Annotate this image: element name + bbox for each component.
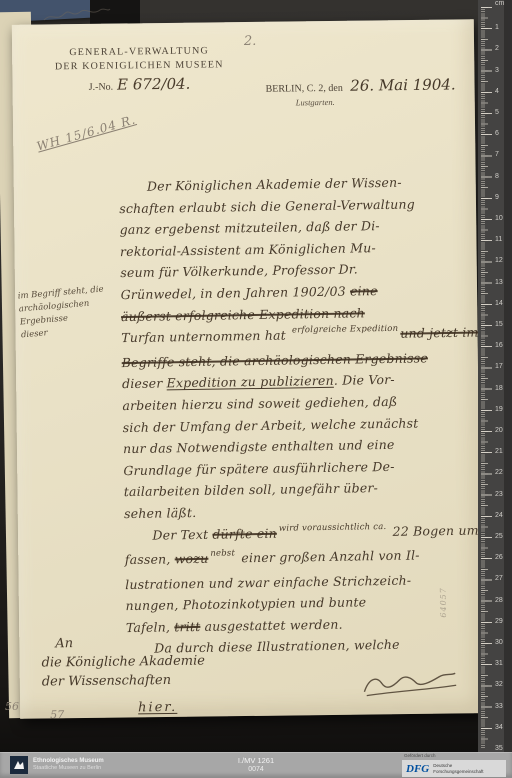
handwritten-text: Turfan unternommen: [121, 328, 265, 345]
handwritten-text: einer großen Anzahl von Il-: [237, 548, 420, 566]
struck-word: äußerst erfolgreiche Expedition nach: [121, 305, 365, 324]
dfg-name-line1: Deutsche: [433, 763, 452, 768]
ruler-cm-number: 24: [495, 512, 503, 519]
ruler-cm-number: 31: [495, 660, 503, 667]
dfg-logo: DFG Deutsche Forschungsgemeinschaft: [402, 760, 506, 777]
struck-word: eine: [350, 283, 378, 298]
handwritten-text: rektorial-Assistent am Königlichen Mu-: [120, 240, 376, 259]
address-line: der Wissenschaften: [42, 671, 206, 692]
handwritten-text: arbeiten hierzu sind soweit gediehen, da…: [122, 394, 397, 413]
ruler-cm-number: 7: [495, 151, 499, 158]
letterhead-journal-number: J.-No.E 672/04.: [30, 74, 248, 95]
ruler-cm-number: 6: [495, 130, 499, 137]
handwritten-text: Der Königlichen Akademie der Wissen-: [147, 175, 402, 194]
ruler-cm-number: 22: [495, 469, 503, 476]
ruler-cm-number: 12: [495, 257, 503, 264]
handwritten-text: sich der Umfang der Arbeit, welche zunäc…: [123, 415, 419, 435]
jno-value: E 672/04.: [117, 75, 190, 94]
ruler-cm-number: 26: [495, 554, 503, 561]
address-place: hier.: [138, 698, 206, 718]
handwritten-text: sehen läßt.: [124, 505, 197, 521]
handwritten-text: dieser: [122, 376, 167, 392]
struck-word: Begriffe steht, die archäologischen Erge…: [122, 350, 428, 370]
signature-paraph-icon: [357, 664, 463, 702]
ruler-cm-number: 19: [495, 406, 503, 413]
letter-page: 2. GENERAL-VERWALTUNG DER KOENIGLICHEN M…: [12, 19, 482, 719]
letterhead: GENERAL-VERWALTUNG DER KOENIGLICHEN MUSE…: [30, 44, 249, 95]
dfg-full-name: Deutsche Forschungsgemeinschaft: [433, 763, 483, 774]
struck-word: und jetzt im: [400, 325, 478, 341]
handwritten-text: nungen, Photozinkotypien und bunte: [125, 595, 366, 614]
handwritten-text: Expedition zu publizieren: [166, 373, 333, 391]
dfg-wordmark: DFG: [406, 763, 429, 775]
cm-ruler: cm 1234567891011121314151617181920212223…: [478, 0, 512, 752]
ruler-cm-number: 14: [495, 300, 503, 307]
ruler-cm-number: 34: [495, 724, 503, 731]
ruler-cm-ticks: [481, 7, 492, 749]
dfg-name-line2: Forschungsgemeinschaft: [433, 769, 483, 774]
ruler-cm-number: 5: [495, 109, 499, 116]
inserted-word: erfolgreiche Expedition: [292, 324, 398, 336]
inserted-word: wird voraussichtlich ca.: [279, 522, 387, 534]
address-block: An die Königliche Akademieder Wissenscha…: [41, 633, 205, 719]
ruler-cm-number: 35: [495, 745, 503, 752]
vertical-pencil-mark: 64057: [439, 587, 448, 618]
handwritten-text: lustrationen und zwar einfache Strichzei…: [125, 572, 411, 591]
jno-label: J.-No.: [89, 82, 114, 93]
ruler-cm-number: 3: [495, 67, 499, 74]
handwritten-text: hat: [265, 328, 291, 343]
handwritten-text: ganz ergebenst mitzuteilen, daß der Di-: [120, 218, 380, 237]
address-salutation: An: [55, 633, 205, 654]
dfg-funding-block: Gefördert durch DFG Deutsche Forschungsg…: [402, 753, 506, 777]
ruler-cm-number: 29: [495, 618, 503, 625]
ruler-cm-number: 8: [495, 173, 499, 180]
ruler-cm-number: 10: [495, 215, 503, 222]
ruler-cm-number: 30: [495, 639, 503, 646]
funding-label: Gefördert durch: [404, 753, 506, 759]
handwritten-text: fassen,: [125, 551, 175, 567]
handwritten-text: seum für Völkerkunde, Professor Dr.: [120, 262, 358, 281]
handwritten-text: Grundlage für spätere ausführlichere De-: [123, 459, 394, 478]
ruler-cm-number: 13: [495, 279, 503, 286]
ruler-cm-number: 32: [495, 681, 503, 688]
letter-body-text: Der Königlichen Akademie der Wissen-scha…: [119, 171, 475, 660]
ruler-cm-number: 18: [495, 385, 503, 392]
letterhead-line2: DER KOENIGLICHEN MUSEEN: [30, 58, 248, 75]
handwritten-text: . Die Vor-: [334, 372, 395, 388]
ruler-cm-number: 28: [495, 597, 503, 604]
handwritten-text: tailarbeiten bilden soll, ungefähr über-: [124, 480, 378, 499]
ruler-unit-label: cm: [495, 0, 504, 7]
struck-word: dürfte ein: [212, 525, 277, 541]
handwritten-text: Grünwedel, in den Jahren 1902/03: [121, 284, 351, 303]
dateline-lustgarten: Lustgarten.: [296, 95, 471, 107]
address-lines: die Königliche Akademieder Wissenschafte…: [41, 652, 205, 692]
ruler-cm-number: 23: [495, 491, 503, 498]
ruler-cm-number: 33: [495, 703, 503, 710]
registry-pencil-note: WH 15/6.04 R.: [35, 112, 137, 153]
dateline: BERLIN, C. 2, den 26. Mai 1904. Lustgart…: [265, 75, 470, 108]
corner-page-number: 57: [50, 708, 64, 721]
struck-word: wozu: [175, 551, 209, 567]
handwritten-text: ausgestattet werden.: [200, 617, 343, 634]
ruler-cm-number: 17: [495, 363, 503, 370]
margin-insertion-note: im Begriff steht, diearchäologischen Erg…: [17, 282, 127, 343]
inserted-word: nebst: [210, 548, 235, 558]
address-line: die Königliche Akademie: [41, 652, 205, 673]
illegible-handwriting-icon: [42, 2, 112, 28]
ruler-cm-number: 27: [495, 575, 503, 582]
ruler-cm-number: 16: [495, 342, 503, 349]
ruler-cm-number: 4: [495, 88, 499, 95]
archive-footer-bar: Ethnologisches Museum Staatliche Museen …: [0, 752, 512, 778]
dateline-handwritten-date: 26. Mai 1904.: [350, 75, 456, 94]
ruler-cm-number: 11: [495, 236, 502, 243]
handwritten-text: 22 Bogen um-: [388, 522, 483, 538]
ruler-cm-number: 1: [495, 24, 499, 31]
handwritten-text: Der Text: [152, 526, 212, 542]
ruler-cm-number: 25: [495, 533, 503, 540]
ruler-cm-number: 20: [495, 427, 503, 434]
ruler-cm-number: 2: [495, 45, 499, 52]
ruler-cm-number: 9: [495, 194, 499, 201]
dateline-printed: BERLIN, C. 2, den: [266, 83, 343, 95]
scanned-document-viewer: 56 2. GENERAL-VERWALTUNG DER KOENIGLICHE…: [0, 0, 512, 778]
handwritten-text: schaften erlaubt sich die General-Verwal…: [119, 196, 415, 216]
under-page-number: 56: [5, 700, 19, 713]
ruler-cm-number: 15: [495, 321, 503, 328]
handwritten-text: nur das Notwendigste enthalten und eine: [123, 437, 395, 456]
ruler-cm-number: 21: [495, 448, 503, 455]
